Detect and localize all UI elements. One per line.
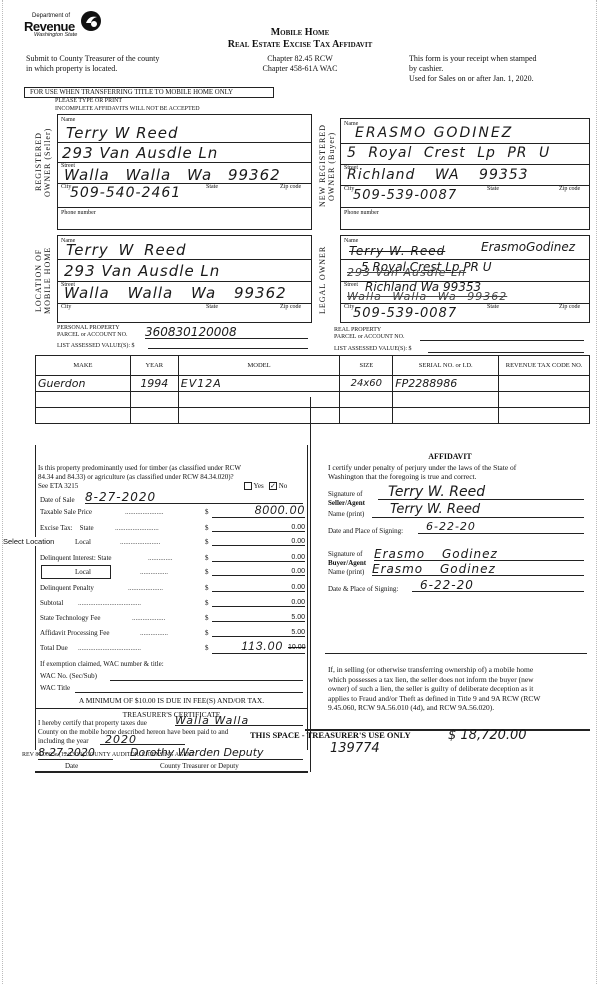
treasurer-line3: including the year	[38, 737, 89, 745]
table-row: Guerdon 1994 EV12A 24x60 FP2288986	[36, 376, 590, 392]
fee-label: Affidavit Processing Fee	[40, 629, 109, 637]
buyer-signature-input[interactable]: Erasmo Godinez	[374, 547, 584, 561]
receipt-line1: This form is your receipt when stamped	[409, 54, 537, 64]
col-make: MAKE	[36, 356, 131, 376]
real-property-label: REAL PROPERTY PARCEL or ACCOUNT NO.	[334, 327, 404, 341]
seller-sig-label2: Seller/Agent	[328, 499, 365, 508]
buyer-street[interactable]: 5 Royal Crest Lp PR U	[347, 145, 550, 161]
real-parcel-input[interactable]	[420, 333, 584, 341]
chapter-refs: Chapter 82.45 RCW Chapter 458-61A WAC	[240, 54, 360, 74]
legal-city-struck: Walla Walla Wa 99362	[347, 290, 507, 303]
subtotal-value: 0.00	[212, 599, 305, 607]
legal-name[interactable]: ErasmoGodinez	[481, 240, 575, 254]
cell-size[interactable]	[340, 408, 393, 424]
wac-no-input[interactable]	[110, 672, 303, 681]
buyer-phone-label: Phone number	[344, 210, 379, 216]
treasurer-receipt-no: 139774	[330, 741, 380, 756]
cell-model[interactable]: EV12A	[178, 376, 340, 392]
buyer-sig-label2: Buyer/Agent	[328, 559, 366, 568]
interest-state-input[interactable]: 0.00	[212, 554, 305, 562]
date-of-sale-label: Date of Sale	[40, 496, 75, 504]
transfer-note-box: FOR USE WHEN TRANSFERRING TITLE TO MOBIL…	[24, 87, 274, 98]
personal-property-label: PERSONAL PROPERTY PARCEL or ACCOUNT NO.	[57, 325, 127, 339]
receipt-line2: by cashier.	[409, 64, 537, 74]
seller-name-label: Name	[61, 117, 75, 123]
buyer-sig-label1: Signature of	[328, 550, 366, 559]
table-row	[36, 408, 590, 424]
buyer-date-label: Date & Place of Signing:	[328, 585, 398, 593]
fee-label: Delinquent Penalty	[40, 584, 94, 592]
treasurer-line1: I hereby certify that property taxes due	[38, 719, 147, 727]
seller-signature-input[interactable]: Terry W. Reed	[378, 484, 584, 500]
buyer-date-input[interactable]: 6-22-20	[412, 578, 584, 592]
treasurer-date-label: Date	[65, 762, 78, 770]
treasurer-use-label: THIS SPACE - TREASURER'S USE ONLY	[250, 730, 411, 740]
wac-title-input[interactable]	[75, 684, 303, 693]
seller-sig-label1: Signature of	[328, 490, 365, 499]
buyer-zip-label: Zip code	[559, 186, 580, 192]
lien-line4: applies to Fraud and/or Theft as defined…	[328, 694, 590, 704]
treasurer-year-input[interactable]: 2020	[100, 733, 185, 745]
personal-assessed-input[interactable]	[148, 342, 308, 349]
col-size: SIZE	[340, 356, 393, 376]
form-id: REV 84 0003e (12/13/19) COUNTY AUDITOR/ …	[22, 752, 195, 758]
table-header-row: MAKE YEAR MODEL SIZE SERIAL NO. or I.D. …	[36, 356, 590, 376]
fee-row-interest-local: Local ................ $ 0.00	[40, 568, 305, 580]
submit-note-line1: Submit to County Treasurer of the county	[26, 54, 159, 64]
col-model: MODEL	[178, 356, 340, 376]
location-state-label: State	[206, 304, 218, 310]
chapter-wac: Chapter 458-61A WAC	[240, 64, 360, 74]
location-city-label: City	[61, 304, 71, 310]
affidavit-title: AFFIDAVIT	[310, 452, 590, 461]
seller-date-label: Date and Place of Signing:	[328, 527, 403, 535]
cell-serial[interactable]	[393, 392, 499, 408]
lien-line2: which possesses a tax lien, the seller d…	[328, 675, 590, 685]
personal-label-1: PERSONAL PROPERTY	[57, 325, 127, 332]
fee-label: Subtotal	[40, 599, 63, 607]
chapter-rcw: Chapter 82.45 RCW	[240, 54, 360, 64]
fee-label: Local	[40, 568, 91, 576]
col-serial: SERIAL NO. or I.D.	[393, 356, 499, 376]
fee-row-tech-fee: State Technology Fee ...................…	[40, 614, 305, 626]
cell-size[interactable]: 24x60	[340, 376, 393, 392]
excise-state-input[interactable]: 0.00	[212, 524, 305, 532]
seller-street[interactable]: 293 Van Ausdle Ln	[62, 144, 218, 162]
col-year: YEAR	[130, 356, 178, 376]
legal-phone[interactable]: 509-539-0087	[353, 306, 457, 321]
fee-row-penalty: Delinquent Penalty .................... …	[40, 584, 305, 596]
location-city-state-zip[interactable]: Walla Walla Wa 99362	[64, 284, 287, 302]
buyer-state-label: State	[487, 186, 499, 192]
affidavit-line2: Washington that the foregoing is true an…	[328, 472, 516, 481]
cell-year[interactable]: 1994	[130, 376, 178, 392]
registered-owner-label: REGISTERED OWNER (Seller)	[34, 116, 52, 208]
cell-tax-code[interactable]	[499, 376, 590, 392]
mobile-home-items-table: MAKE YEAR MODEL SIZE SERIAL NO. or I.D. …	[35, 355, 590, 424]
registered-owner-box: Name Terry W Reed 293 Van Ausdle Ln Stre…	[57, 114, 312, 208]
seller-name[interactable]: Terry W Reed	[66, 124, 179, 142]
cell-size[interactable]	[340, 392, 393, 408]
title-line2: Real Estate Excise Tax Affidavit	[0, 39, 600, 50]
treasurer-amount: $ 18,720.00	[448, 728, 527, 743]
cell-tax-code[interactable]	[499, 392, 590, 408]
lien-note: If, in selling (or otherwise transferrin…	[328, 665, 590, 713]
cell-year[interactable]	[130, 408, 178, 424]
receipt-line3: Used for Sales on or after Jan. 1, 2020.	[409, 74, 537, 84]
seller-date-input[interactable]: 6-22-20	[418, 520, 584, 534]
minimum-note: A MINIMUM OF $10.00 IS DUE IN FEE(S) AND…	[35, 696, 308, 705]
legal-owner-label: LEGAL OWNER	[318, 236, 327, 324]
seller-name-print-label: Name (print)	[328, 510, 364, 518]
seller-phone[interactable]: 509-540-2461	[70, 185, 181, 201]
table-row	[36, 392, 590, 408]
divider	[35, 708, 308, 709]
fee-label: Local	[40, 538, 91, 546]
wac-no-label: WAC No. (Sec/Sub)	[40, 672, 97, 680]
legal-zip-label: Zip code	[559, 304, 580, 310]
lien-line5: 9.45.060, RCW 9A.56.010 (4d), and RCW 9A…	[328, 703, 590, 713]
location-name[interactable]: Terry W Reed	[66, 241, 187, 259]
personal-label-2: PARCEL or ACCOUNT NO.	[57, 332, 127, 339]
new-owner-label: NEW REGISTERED OWNER (Buyer)	[318, 116, 336, 216]
treasurer-county-input[interactable]: Walla Walla	[175, 714, 303, 726]
taxable-sale-price-input[interactable]: 8000.00	[212, 503, 305, 518]
cell-model[interactable]	[178, 408, 340, 424]
seller-name-print-input[interactable]: Terry W. Reed	[372, 502, 584, 518]
cell-model[interactable]	[178, 392, 340, 408]
fee-row-subtotal: Subtotal ...............................…	[40, 599, 305, 611]
submit-note: Submit to County Treasurer of the county…	[26, 54, 159, 74]
cell-year[interactable]	[130, 392, 178, 408]
personal-parcel-input[interactable]: 360830120008	[145, 325, 308, 339]
fee-row-taxable: Taxable Sale Price .....................…	[40, 508, 305, 520]
seller-zip-label: Zip code	[280, 184, 301, 190]
real-assessed-input[interactable]	[428, 346, 584, 353]
buyer-name[interactable]: ERASMO GODINEZ	[355, 125, 513, 141]
cell-make[interactable]: Guerdon	[36, 376, 131, 392]
fees-panel-bottom	[35, 771, 308, 773]
timber-line2: 84.34 and 84.33) or agriculture (as clas…	[38, 473, 308, 482]
lien-line1: If, in selling (or otherwise transferrin…	[328, 665, 590, 675]
legal-owner-box: Name Terry W. Reed ErasmoGodinez 293 Van…	[340, 235, 590, 323]
real-assessed-label: LIST ASSESSED VALUE(S): $	[334, 346, 412, 352]
cell-serial[interactable]	[393, 408, 499, 424]
seller-phone-label: Phone number	[61, 210, 96, 216]
lien-divider	[325, 653, 587, 654]
fee-label: State Technology Fee	[40, 614, 100, 622]
seller-city-state-zip[interactable]: Walla Walla Wa 99362	[64, 166, 281, 184]
buyer-signature-label: Signature of Buyer/Agent	[328, 550, 366, 568]
buyer-phone[interactable]: 509-539-0087	[353, 188, 457, 203]
buyer-name-print-label: Name (print)	[328, 568, 364, 576]
real-label-2: PARCEL or ACCOUNT NO.	[334, 334, 404, 341]
legal-name-struck: Terry W. Reed	[349, 244, 445, 258]
buyer-name-print-input[interactable]: Erasmo Godinez	[372, 562, 584, 576]
fee-label: Total Due	[40, 644, 68, 652]
receipt-note: This form is your receipt when stamped b…	[409, 54, 537, 84]
cell-tax-code[interactable]	[499, 408, 590, 424]
legal-state-label: State	[487, 304, 499, 310]
type-print-note: PLEASE TYPE OR PRINT	[55, 98, 122, 104]
excise-local-input[interactable]: 0.00	[212, 538, 305, 546]
page-edge-right	[596, 0, 597, 984]
legal-street[interactable]: 5 Royal Crest Lp PR U	[361, 260, 492, 274]
fee-row-excise-state: Excise Tax: State ......................…	[40, 524, 305, 536]
lien-line3: owner) of such a lien, the seller is gui…	[328, 684, 590, 694]
date-of-sale-input[interactable]: 8-27-2020	[85, 490, 303, 504]
fee-label: Delinquent Interest: State	[40, 554, 112, 562]
exemption-label: If exemption claimed, WAC number & title…	[40, 660, 164, 668]
seller-phone-row: Phone number	[57, 208, 312, 230]
penalty-input[interactable]: 0.00	[212, 584, 305, 592]
new-owner-box: Name ERASMO GODINEZ 5 Royal Crest Lp PR …	[340, 118, 590, 208]
treasurer-signer-label: County Treasurer or Deputy	[160, 762, 239, 770]
buyer-phone-row: Phone number	[340, 208, 590, 230]
affidavit-line1: I certify under penalty of perjury under…	[328, 463, 516, 472]
total-due-struck: 10.00	[288, 644, 306, 651]
personal-assessed-label: LIST ASSESSED VALUE(S): $	[57, 343, 135, 349]
submit-note-line2: in which property is located.	[26, 64, 159, 74]
processing-fee-value: 5.00	[212, 629, 305, 637]
location-label: LOCATION OF MOBILE HOME	[34, 236, 52, 324]
location-street[interactable]: 293 Van Ausdle Ln	[64, 262, 220, 280]
seller-signature-label: Signature of Seller/Agent	[328, 490, 365, 508]
timber-yes-label: Yes	[254, 482, 264, 490]
buyer-city-state-zip[interactable]: Richland WA 99353	[347, 167, 529, 183]
cell-serial[interactable]: FP2288986	[393, 376, 499, 392]
page-edge-left	[2, 0, 3, 984]
col-tax-code: REVENUE TAX CODE NO.	[499, 356, 590, 376]
timber-no-label: No	[279, 482, 288, 490]
fee-label: Taxable Sale Price	[40, 508, 92, 516]
tech-fee-value: 5.00	[212, 614, 305, 622]
seller-state-label: State	[206, 184, 218, 190]
affidavit-statement: I certify under penalty of perjury under…	[328, 463, 516, 481]
location-box: Name Terry W Reed 293 Van Ausdle Ln Stre…	[57, 235, 312, 323]
location-zip-label: Zip code	[280, 304, 301, 310]
fee-row-total: Total Due ..............................…	[40, 644, 305, 656]
fee-row-excise-local: Local ....................... $ 0.00	[40, 538, 305, 550]
title-line1: Mobile Home	[0, 27, 600, 38]
interest-local-input[interactable]: 0.00	[212, 568, 305, 576]
cell-make[interactable]	[36, 392, 131, 408]
incomplete-note: INCOMPLETE AFFIDAVITS WILL NOT BE ACCEPT…	[55, 106, 200, 112]
timber-line1: Is this property predominantly used for …	[38, 464, 308, 473]
cell-make[interactable]	[36, 408, 131, 424]
real-label-1: REAL PROPERTY	[334, 327, 404, 334]
fee-label: Excise Tax: State	[40, 524, 94, 532]
wac-title-label: WAC Title	[40, 684, 70, 692]
legal-street-label: Street	[344, 282, 358, 288]
